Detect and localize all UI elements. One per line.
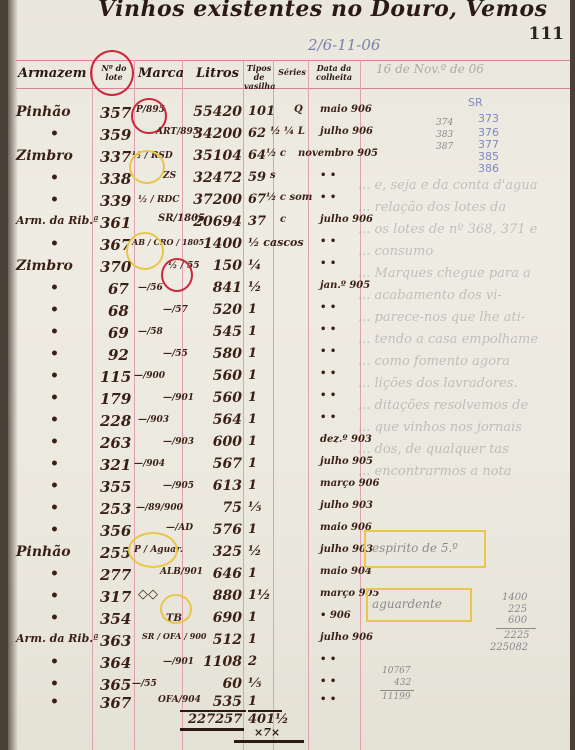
- ledger-row: • 364 —/901 1108 2 • •: [8, 654, 370, 676]
- data-cell: maio 906: [320, 104, 372, 115]
- marca-cell: —/58: [138, 328, 163, 337]
- lote-cell: 355: [100, 478, 131, 496]
- armazem-cell: Pinhão: [16, 544, 71, 560]
- total-extra: ×7×: [254, 726, 280, 739]
- armazem-cell: •: [50, 346, 59, 362]
- armazem-cell: •: [50, 456, 59, 472]
- ledger-row: • 228 —/903 564 1 • •: [8, 412, 370, 434]
- armazem-cell: •: [50, 654, 59, 670]
- ghost-text: ... dos, de qualquer tas: [358, 442, 509, 457]
- header-marca: Marca: [138, 66, 184, 81]
- pencil-calc: 2225: [504, 630, 529, 641]
- ghost-text: ... como fomento agora: [358, 354, 510, 369]
- lote-cell: 115: [100, 368, 131, 386]
- tipos-cell: 1: [248, 694, 257, 709]
- pencil-calc: 1400: [502, 592, 527, 603]
- data-cell: • •: [320, 412, 336, 423]
- tipos-cell: 1: [248, 324, 257, 339]
- marca-cell: —/900: [134, 372, 165, 381]
- lote-cell: 255: [100, 544, 131, 562]
- litros-cell: 20694: [188, 214, 242, 230]
- tipos-cell: ¼: [248, 258, 262, 273]
- tipos-cell: ⅕: [248, 676, 261, 691]
- ledger-row: • 356 —/AD 576 1 maio 906: [8, 522, 370, 544]
- marca-cell: —/89/900: [136, 504, 183, 513]
- lote-cell: 339: [100, 192, 131, 210]
- tipos-cell: 1: [248, 478, 257, 493]
- lote-cell: 92: [108, 346, 129, 364]
- total-litros: 227257: [188, 712, 242, 727]
- data-cell: • •: [320, 368, 336, 379]
- blue-note: SR: [468, 96, 483, 109]
- tipos-cell: 1: [248, 632, 257, 647]
- lote-cell: 317: [100, 588, 131, 606]
- series-cell: Q: [294, 104, 303, 115]
- armazem-cell: •: [50, 390, 59, 406]
- data-cell: julho 903: [320, 500, 373, 511]
- header-armazem: Armazem: [18, 66, 87, 81]
- tipos-cell: 62: [248, 126, 266, 141]
- litros-cell: 34200: [188, 126, 242, 142]
- ghost-text: ... os lotes de nº 368, 371 e: [358, 222, 537, 237]
- tipos-cell: 1½: [248, 588, 271, 603]
- armazem-cell: •: [50, 676, 59, 692]
- litros-cell: 75: [188, 500, 242, 516]
- lote-cell: 364: [100, 654, 131, 672]
- tipos-cell: 1: [248, 368, 257, 383]
- armazem-cell: •: [50, 170, 59, 186]
- ghost-text: ... ditações resolvemos de: [358, 398, 528, 413]
- litros-cell: 690: [188, 610, 242, 626]
- lote-cell: 363: [100, 632, 131, 650]
- ledger-row: • 69 —/58 545 1 • •: [8, 324, 370, 346]
- tipos-cell: 2: [248, 654, 257, 669]
- lote-cell: 370: [100, 258, 131, 276]
- litros-cell: 535: [188, 694, 242, 710]
- litros-cell: 60: [188, 676, 242, 692]
- data-cell: • 906: [320, 610, 351, 621]
- total-double-rule: [180, 728, 244, 731]
- tipos-cell: 59: [248, 170, 266, 185]
- data-cell: • •: [320, 390, 336, 401]
- tipos-cell: ½: [248, 544, 262, 559]
- ledger-row: • 179 —/901 560 1 • •: [8, 390, 370, 412]
- header-data-colheita: Data da colheita: [310, 64, 358, 82]
- tipos-cell: 1: [248, 434, 257, 449]
- data-cell: julho 906: [320, 632, 373, 643]
- litros-cell: 1108: [188, 654, 242, 670]
- litros-cell: 580: [188, 346, 242, 362]
- ledger-row: • 115 —/900 560 1 • •: [8, 368, 370, 390]
- total-double-rule: [234, 740, 304, 743]
- armazem-cell: Zimbro: [16, 258, 73, 274]
- litros-cell: 325: [188, 544, 242, 560]
- data-cell: julho 905: [320, 456, 373, 467]
- litros-cell: 560: [188, 390, 242, 406]
- tipos-cell: ½: [248, 280, 262, 295]
- ledger-row: • 92 —/55 580 1 • •: [8, 346, 370, 368]
- ghost-text: ... encontrarmos a nota: [358, 464, 512, 479]
- pencil-note: aguardente: [372, 597, 442, 611]
- lote-cell: 179: [100, 390, 131, 408]
- tipos-cell: 1: [248, 346, 257, 361]
- ghost-text: ... parece-nos que lhe ati-: [358, 310, 525, 325]
- data-cell: • •: [320, 302, 336, 313]
- pencil-calc-rule: [496, 628, 536, 629]
- ledger-row: • 277 ALB/901 646 1 maio 904: [8, 566, 370, 588]
- litros-cell: 576: [188, 522, 242, 538]
- data-cell: • •: [320, 192, 336, 203]
- data-cell: • •: [320, 676, 336, 687]
- lote-cell: 277: [100, 566, 131, 584]
- armazem-cell: •: [50, 324, 59, 340]
- ghost-text: ... relação dos lotes da: [358, 200, 506, 215]
- marca-cell: ½ / RDC: [138, 196, 179, 205]
- armazem-cell: •: [50, 280, 59, 296]
- armazem-cell: Arm. da Rib.ª: [16, 632, 98, 645]
- lote-cell: 367: [100, 694, 131, 712]
- litros-cell: 55420: [188, 104, 242, 120]
- ledger-row: • 367 AB / CRO / 1805 1400 ½ cascos • •: [8, 236, 370, 258]
- pencil-calc: 225: [508, 604, 527, 615]
- data-cell: jan.º 905: [320, 280, 370, 291]
- tipos-cell: ⅕: [248, 500, 261, 515]
- tipos-cell: 64: [248, 148, 266, 163]
- armazem-cell: •: [50, 412, 59, 428]
- ledger-date: 16 de Nov.º de 06: [376, 62, 484, 76]
- yellow-box-annotation: espirito de 5.º: [364, 530, 486, 568]
- armazem-cell: •: [50, 610, 59, 626]
- lote-cell: 337: [100, 148, 131, 166]
- yellow-box-annotation: aguardente: [366, 588, 472, 622]
- tipos-cell: 1: [248, 456, 257, 471]
- marca-cell: —/903: [138, 416, 169, 425]
- marca-cell: —/904: [134, 460, 165, 469]
- armazem-cell: •: [50, 500, 59, 516]
- tipos-cell: 1: [248, 522, 257, 537]
- litros-cell: 520: [188, 302, 242, 318]
- pencil-note: 387: [436, 142, 453, 152]
- blue-note: 373: [478, 112, 499, 125]
- ledger-row: Zimbro 337 ½ / RSD 35104 64 ½ c novembro…: [8, 148, 370, 170]
- lote-cell: 365: [100, 676, 131, 694]
- armazem-cell: •: [50, 236, 59, 252]
- litros-cell: 37200: [188, 192, 242, 208]
- tipos-cell: 1: [248, 566, 257, 581]
- litros-cell: 564: [188, 412, 242, 428]
- pencil-calc: 600: [508, 615, 527, 626]
- tipos-cell: 1: [248, 390, 257, 405]
- lote-cell: 69: [108, 324, 129, 342]
- litros-cell: 545: [188, 324, 242, 340]
- lote-cell: 253: [100, 500, 131, 518]
- ghost-text: ... acabamento dos vi-: [358, 288, 502, 303]
- marca-cell: ZS: [163, 172, 176, 181]
- page-number: 111: [529, 24, 565, 44]
- ghost-text: ... tendo a casa empolhame: [358, 332, 538, 347]
- lote-cell: 361: [100, 214, 131, 232]
- ledger-row: Arm. da Rib.ª 361 SR/1805 20694 37 c jul…: [8, 214, 370, 236]
- data-cell: • •: [320, 324, 336, 335]
- armazem-cell: •: [50, 192, 59, 208]
- lote-cell: 321: [100, 456, 131, 474]
- lote-cell: 354: [100, 610, 131, 628]
- armazem-cell: •: [50, 434, 59, 450]
- page-heading: Vinhos existentes no Douro, Vemos: [98, 0, 548, 22]
- lote-cell: 359: [100, 126, 131, 144]
- pencil-calc: 432: [394, 678, 411, 688]
- data-cell: julho 906: [320, 126, 373, 137]
- marca-cell: ◇◇: [138, 590, 158, 599]
- tipos-cell: ½ cascos: [248, 236, 304, 249]
- lote-cell: 68: [108, 302, 129, 320]
- series-cell: ½ ¼ L: [270, 126, 305, 137]
- ledger-row: • 338 ZS 32472 59 s • •: [8, 170, 370, 192]
- ledger-row: Pinhão 255 P / Aguar. 325 ½ julho 903: [8, 544, 370, 566]
- data-cell: março 906: [320, 478, 379, 489]
- ledger-row: • 253 —/89/900 75 ⅕ julho 903: [8, 500, 370, 522]
- marca-cell: —/57: [163, 306, 188, 315]
- series-cell: ½ c: [266, 148, 286, 159]
- litros-cell: 560: [188, 368, 242, 384]
- tipos-cell: 101: [248, 104, 275, 119]
- marca-cell: —/55: [132, 680, 157, 689]
- litros-cell: 841: [188, 280, 242, 296]
- lote-cell: 357: [100, 104, 131, 122]
- tipos-cell: 37: [248, 214, 266, 229]
- ghost-text: ... e, seja e da conta d'agua: [358, 178, 537, 193]
- litros-cell: 600: [188, 434, 242, 450]
- litros-cell: 35104: [188, 148, 242, 164]
- data-cell: • •: [320, 170, 336, 181]
- tipos-cell: 1: [248, 302, 257, 317]
- armazem-cell: •: [50, 478, 59, 494]
- data-cell: novembro 905: [298, 148, 378, 159]
- series-cell: ½ c som: [266, 192, 312, 203]
- data-cell: • •: [320, 236, 336, 247]
- armazem-cell: •: [50, 368, 59, 384]
- data-cell: • •: [320, 258, 336, 269]
- ghost-text: ... lições dos lavradores.: [358, 376, 517, 391]
- armazem-cell: •: [50, 302, 59, 318]
- ledger-row: • 355 —/905 613 1 março 906: [8, 478, 370, 500]
- data-cell: julho 906: [320, 214, 373, 225]
- armazem-cell: •: [50, 126, 59, 142]
- tipos-cell: 1: [248, 412, 257, 427]
- ledger-row: Arm. da Rib.ª 363 SR / OFA / 900 512 1 j…: [8, 632, 370, 654]
- header-series: Séries: [276, 68, 308, 77]
- litros-cell: 613: [188, 478, 242, 494]
- tipos-cell: 67: [248, 192, 266, 207]
- marca-cell: —/56: [138, 284, 163, 293]
- litros-cell: 32472: [188, 170, 242, 186]
- yellow-circle-annotation: [160, 594, 192, 624]
- tipos-cell: 1: [248, 610, 257, 625]
- litros-cell: 150: [188, 258, 242, 274]
- pencil-calc: 10767: [382, 666, 411, 676]
- pencil-calc: 11199: [382, 692, 411, 702]
- blue-note: 386: [478, 162, 499, 175]
- ledger-row: • 68 —/57 520 1 • •: [8, 302, 370, 324]
- ledger-row: • 359 ART/895 34200 62 ½ ¼ L julho 906: [8, 126, 370, 148]
- pencil-date: 2/6-11-06: [308, 36, 380, 54]
- armazem-cell: Zimbro: [16, 148, 73, 164]
- series-cell: c: [280, 214, 286, 225]
- litros-cell: 1400: [188, 236, 242, 252]
- header-tipos: Tipos de vasilha: [244, 64, 274, 91]
- pencil-note: 383: [436, 130, 453, 140]
- total-tipos: 401½: [248, 712, 289, 727]
- armazem-cell: •: [50, 588, 59, 604]
- lote-cell: 356: [100, 522, 131, 540]
- ledger-row: • 67 —/56 841 ½ jan.º 905: [8, 280, 370, 302]
- litros-cell: 512: [188, 632, 242, 648]
- ledger-row: • 321 —/904 567 1 julho 905: [8, 456, 370, 478]
- litros-cell: 880: [188, 588, 242, 604]
- data-cell: dez.º 903: [320, 434, 372, 445]
- pencil-note: 374: [436, 118, 453, 128]
- ghost-text: ... Marques chegue para a: [358, 266, 531, 281]
- ledger-row: • 263 —/903 600 1 dez.º 903: [8, 434, 370, 456]
- pencil-calc: 225082: [490, 642, 528, 653]
- pencil-note: espirito de 5.º: [372, 541, 458, 555]
- litros-cell: 646: [188, 566, 242, 582]
- header-litros: Litros: [196, 66, 239, 81]
- armazem-cell: Arm. da Rib.ª: [16, 214, 98, 227]
- data-cell: • •: [320, 654, 336, 665]
- series-cell: s: [270, 170, 276, 181]
- yellow-circle-annotation: [128, 532, 178, 568]
- armazem-cell: Pinhão: [16, 104, 71, 120]
- ledger-page: Vinhos existentes no Douro, Vemos 111 2/…: [8, 0, 570, 750]
- lote-cell: 338: [100, 170, 131, 188]
- ledger-row: • 339 ½ / RDC 37200 67 ½ c som • •: [8, 192, 370, 214]
- lote-cell: 228: [100, 412, 131, 430]
- red-circle-annotation: [90, 50, 134, 96]
- marca-cell: —/55: [163, 350, 188, 359]
- armazem-cell: •: [50, 522, 59, 538]
- data-cell: • •: [320, 346, 336, 357]
- lote-cell: 67: [108, 280, 129, 298]
- litros-cell: 567: [188, 456, 242, 472]
- armazem-cell: •: [50, 694, 59, 710]
- lote-cell: 263: [100, 434, 131, 452]
- data-cell: • •: [320, 694, 336, 705]
- ghost-text: ... que vinhos nos jornais: [358, 420, 522, 435]
- pencil-calc-rule: [380, 690, 414, 691]
- ledger-row: Pinhão 357 P/895 55420 101 Q maio 906: [8, 104, 370, 126]
- armazem-cell: •: [50, 566, 59, 582]
